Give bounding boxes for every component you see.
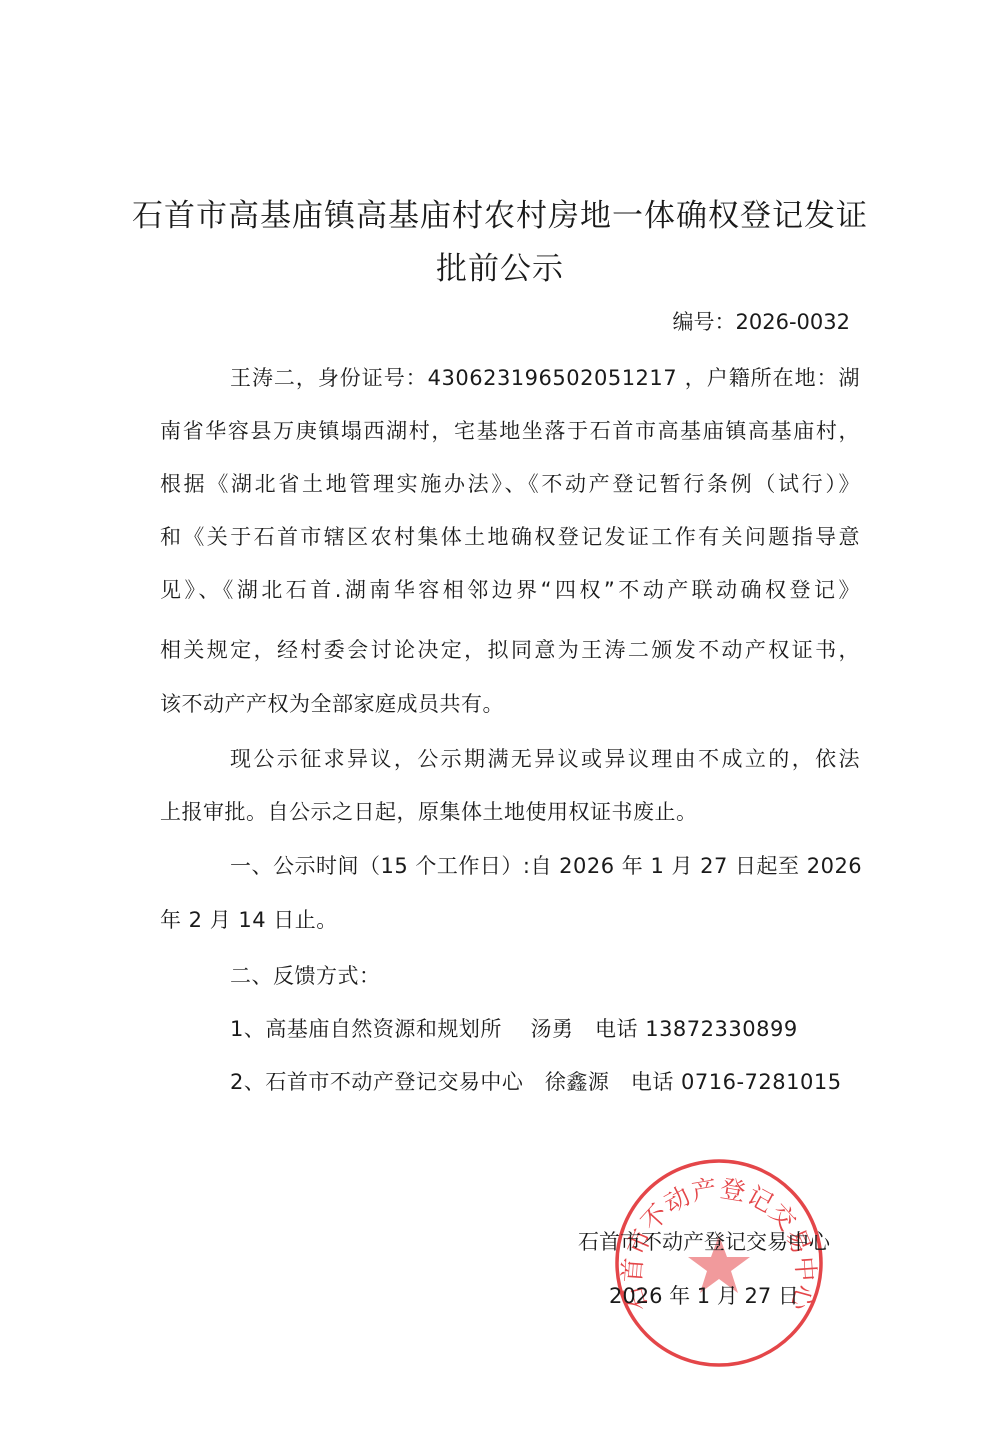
- body-line: 上报审批。自公示之日起，原集体土地使用权证书废止。: [160, 796, 860, 826]
- body-line: 相关规定，经村委会讨论决定，拟同意为王涛二颁发不动产权证书，: [160, 634, 860, 664]
- body-line: 年 2 月 14 日止。: [160, 904, 860, 934]
- body-line: 根据《湖北省土地管理实施办法》、《不动产登记暂行条例（试行）》: [160, 468, 860, 498]
- title-line-1: 石首市高基庙镇高基庙村农村房地一体确权登记发证: [0, 190, 1000, 235]
- body-line: 二、反馈方式：: [160, 960, 860, 990]
- body-line: 王涛二，身份证号：430623196502051217 ，户籍所在地：湖: [160, 362, 860, 392]
- body-line: 现公示征求异议，公示期满无异议或异议理由不成立的，依法: [160, 743, 860, 773]
- title-line-2: 批前公示: [0, 243, 1000, 288]
- body-line: 和《关于石首市辖区农村集体土地确权登记发证工作有关问题指导意: [160, 521, 860, 551]
- official-seal: 石首市不动产登记交易中心: [613, 1157, 825, 1369]
- body-line: 见》、《湖北石首.湖南华容相邻边界“四权”不动产联动确权登记》: [160, 574, 860, 604]
- doc-number: 编号：2026-0032: [673, 306, 850, 336]
- signature-org: 石首市不动产登记交易中心: [578, 1226, 830, 1256]
- signature-date: 2026 年 1 月 27 日: [609, 1280, 799, 1310]
- body-line: 南省华容县万庚镇塌西湖村，宅基地坐落于石首市高基庙镇高基庙村，: [160, 415, 860, 445]
- body-line: 一、公示时间（15 个工作日）:自 2026 年 1 月 27 日起至 2026: [160, 850, 860, 880]
- contact-line-1: 1、高基庙自然资源和规划所 汤勇 电话 13872330899: [160, 1013, 860, 1043]
- contact-line-2: 2、石首市不动产登记交易中心 徐鑫源 电话 0716-7281015: [160, 1066, 860, 1096]
- body-line: 该不动产产权为全部家庭成员共有。: [160, 688, 860, 718]
